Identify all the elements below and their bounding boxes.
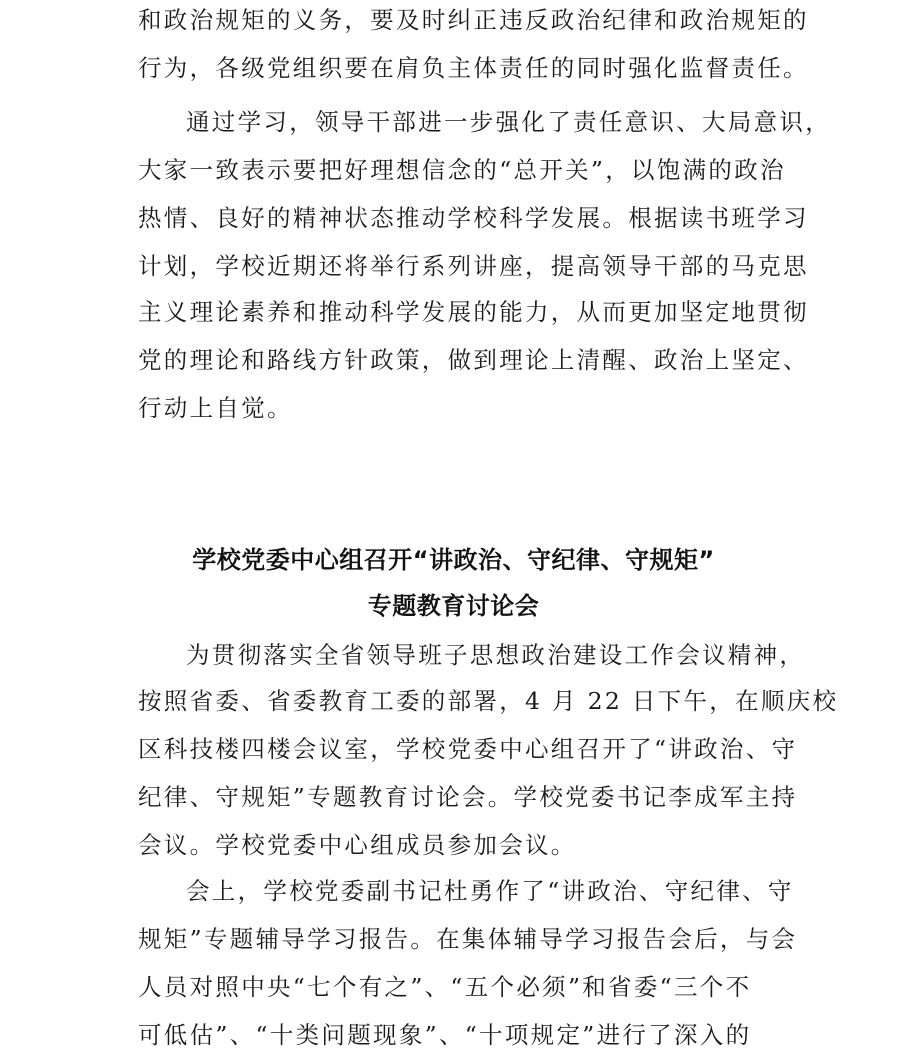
text-line: 热情、良好的精神状态推动学校科学发展。根据读书班学习 xyxy=(138,203,778,233)
paragraph-first-line: 为贯彻落实全省领导班子思想政治建设工作会议精神， xyxy=(186,640,778,670)
text-line: 大家一致表示要把好理想信念的“总开关”，以饱满的政治 xyxy=(138,155,778,185)
text-line: 党的理论和路线方针政策，做到理论上清醒、政治上坚定、 xyxy=(138,345,778,375)
text-line: 按照省委、省委教育工委的部署，4 月 22 日下午，在顺庆校 xyxy=(138,686,778,716)
article-title-line-1: 学校党委中心组召开“讲政治、守纪律、守规矩” xyxy=(0,544,907,576)
text-line: 可低估”、“十类问题现象”、“十项规定”进行了深入的 xyxy=(138,1020,778,1050)
text-line: 规矩”专题辅导学习报告。在集体辅导学习报告会后，与会 xyxy=(138,924,778,954)
text-line: 计划，学校近期还将举行系列讲座，提高领导干部的马克思 xyxy=(138,251,778,281)
article-title-line-2: 专题教育讨论会 xyxy=(0,590,907,622)
text-line: 主义理论素养和推动科学发展的能力，从而更加坚定地贯彻 xyxy=(138,297,778,327)
text-line: 人员对照中央“七个有之”、“五个必须”和省委“三个不 xyxy=(138,972,778,1002)
text-line: 行动上自觉。 xyxy=(138,393,778,423)
text-line: 会议。学校党委中心组成员参加会议。 xyxy=(138,830,778,860)
paragraph-first-line: 通过学习，领导干部进一步强化了责任意识、大局意识， xyxy=(186,107,778,137)
text-line: 行为，各级党组织要在肩负主体责任的同时强化监督责任。 xyxy=(138,53,778,83)
paragraph-first-line: 会上，学校党委副书记杜勇作了“讲政治、守纪律、守 xyxy=(186,876,778,906)
text-line: 和政治规矩的义务，要及时纠正违反政治纪律和政治规矩的 xyxy=(138,5,778,35)
text-line: 区科技楼四楼会议室，学校党委中心组召开了“讲政治、守 xyxy=(138,734,778,764)
text-line: 纪律、守规矩”专题教育讨论会。学校党委书记李成军主持 xyxy=(138,782,778,812)
